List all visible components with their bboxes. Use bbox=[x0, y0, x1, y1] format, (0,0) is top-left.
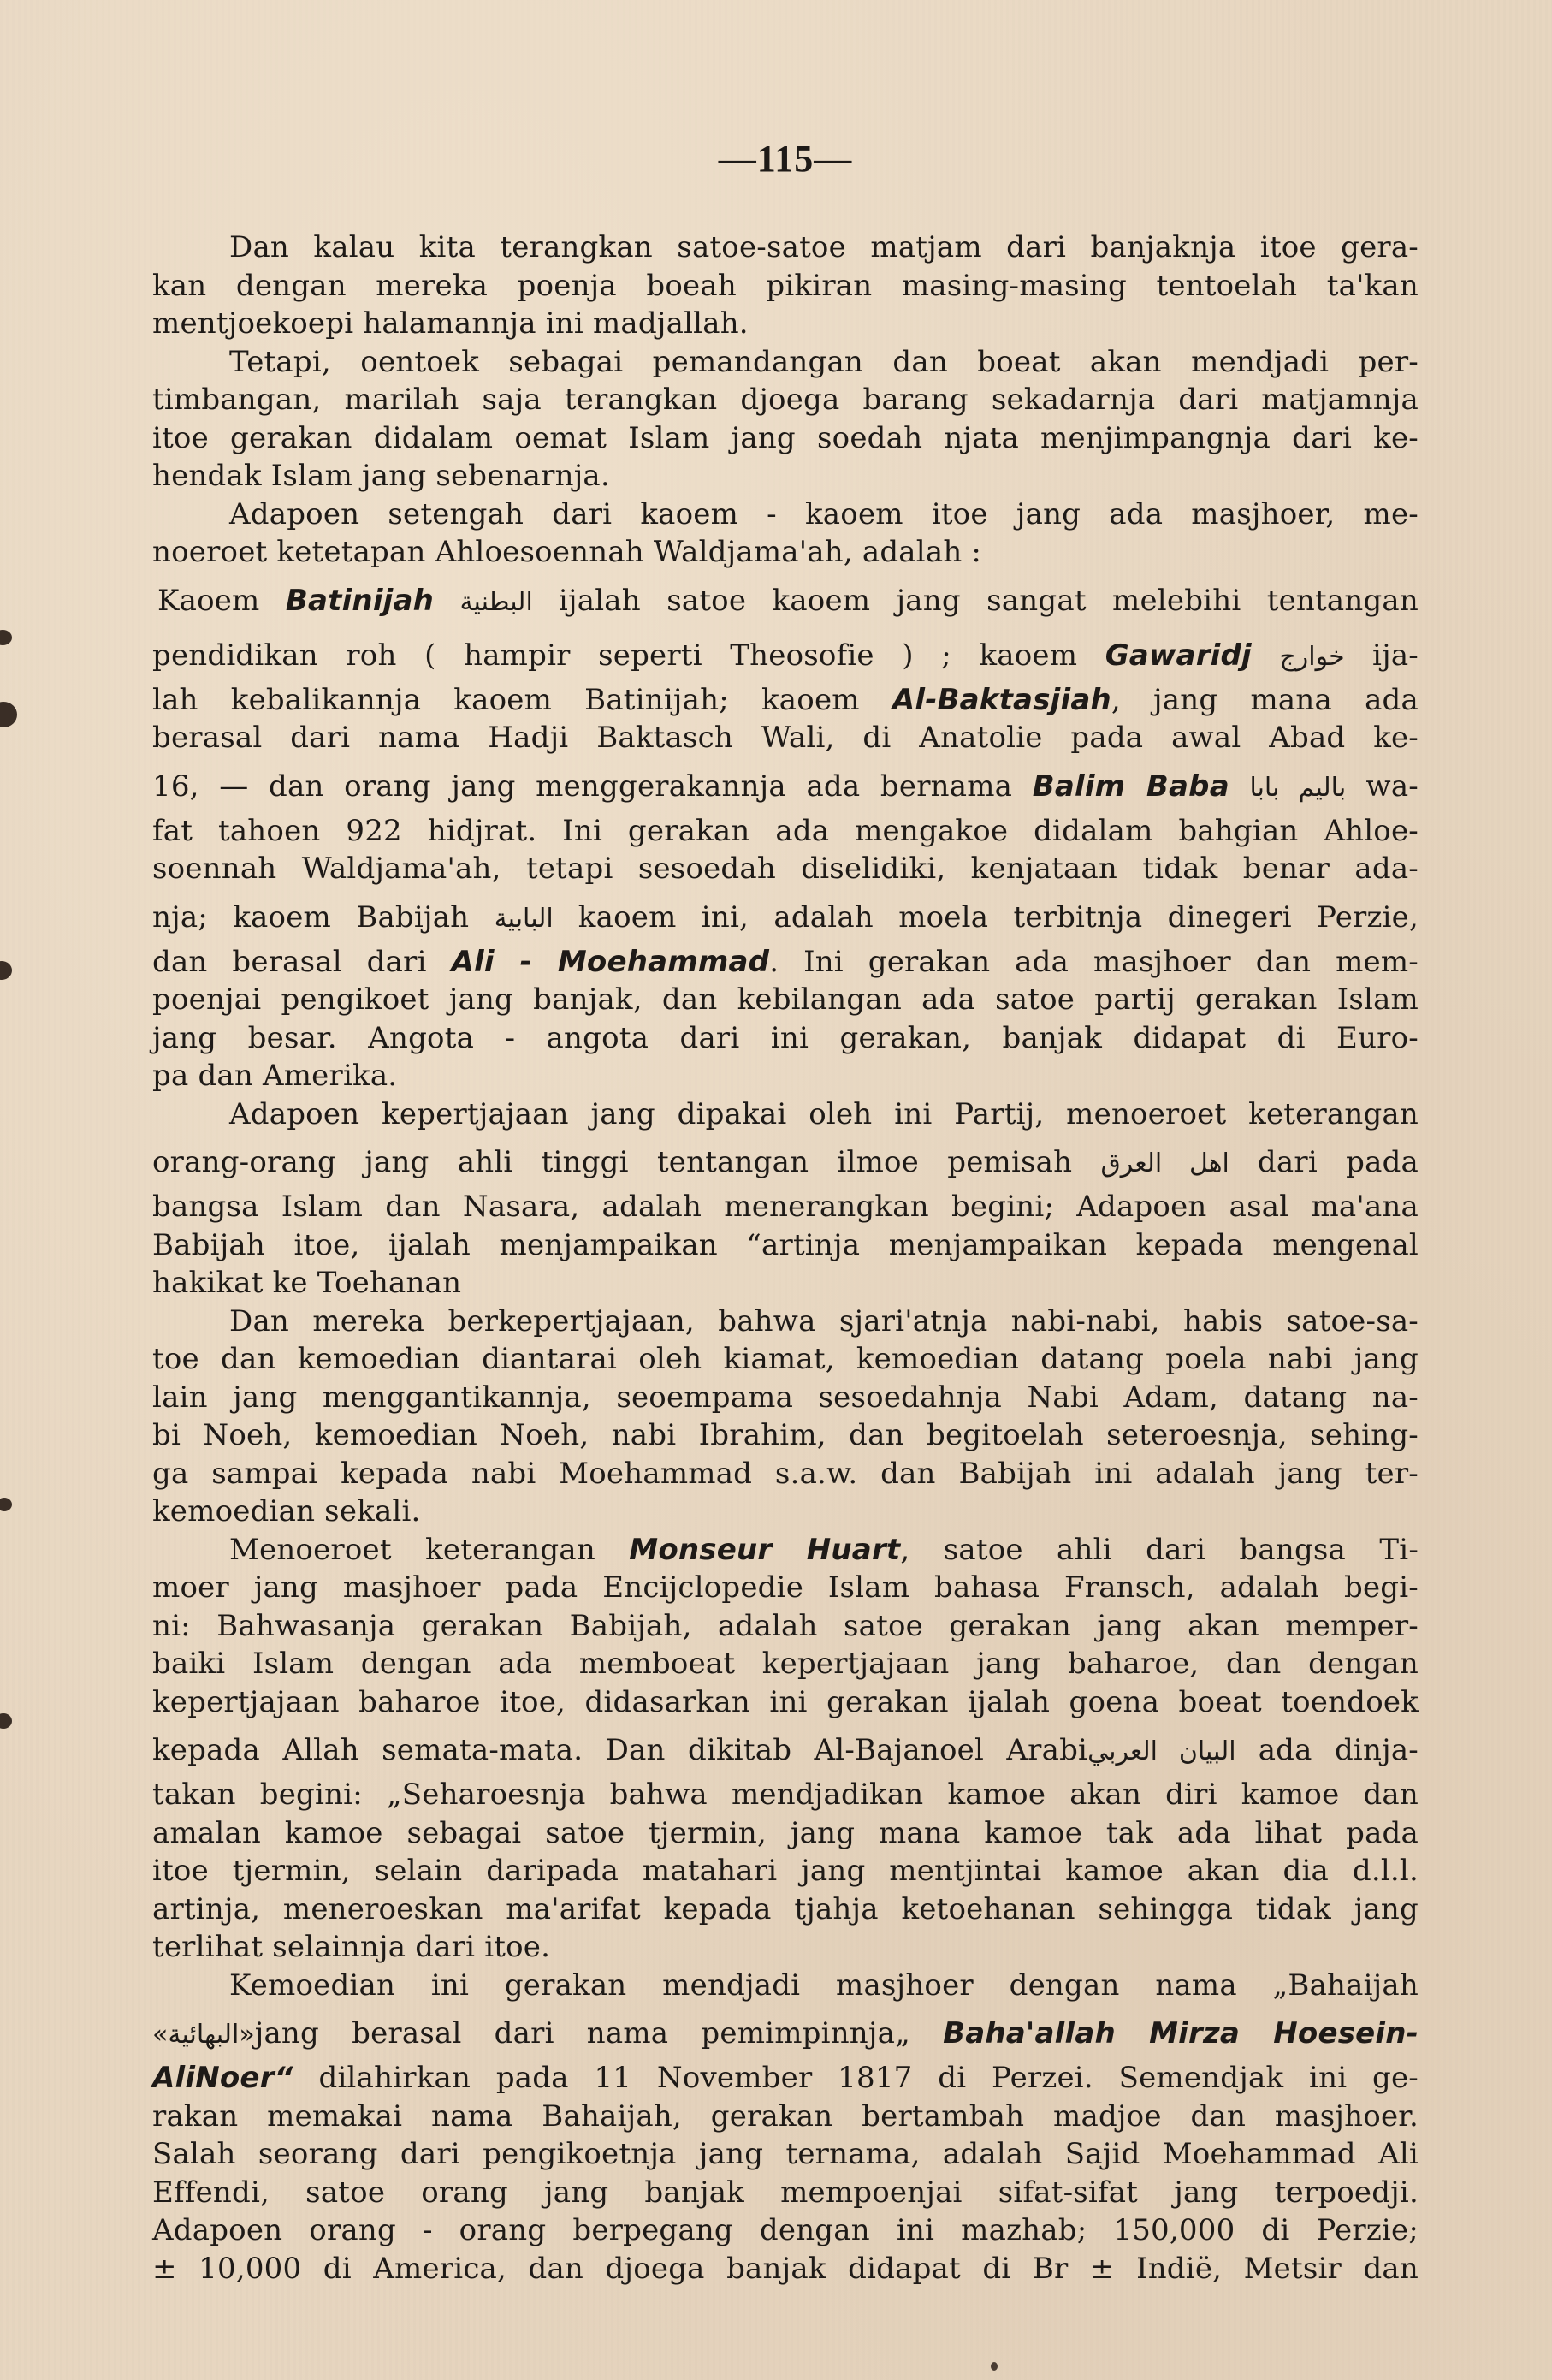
text-line: kepada Allah semata-mata. Dan dikitab Al… bbox=[152, 1721, 1419, 1776]
text-line: Adapoen setengah dari kaoem - kaoem itoe… bbox=[152, 496, 1419, 534]
paragraph-3: Adapoen setengah dari kaoem - kaoem itoe… bbox=[152, 496, 1419, 572]
text-line: lain jang menggantikannja, seoempama ses… bbox=[152, 1379, 1419, 1417]
arabic-term: اهل العرق bbox=[1100, 1148, 1229, 1178]
term-batinijah: Batinijah bbox=[286, 584, 434, 618]
text-line: takan begini: „Seharoesnja bahwa mendjad… bbox=[152, 1776, 1419, 1814]
text-line: Tetapi, oentoek sebagai pemandangan dan … bbox=[152, 343, 1419, 382]
text-line: baiki Islam dengan ada memboeat kepertja… bbox=[152, 1645, 1419, 1683]
text-line: bi Noeh, kemoedian Noeh, nabi Ibrahim, d… bbox=[152, 1416, 1419, 1455]
page-number: —115— bbox=[152, 137, 1419, 181]
text-line: lah kebalikannja kaoem Batinijah; kaoem … bbox=[152, 681, 1419, 720]
text-line: soennah Waldjama'ah, tetapi sesoedah dis… bbox=[152, 850, 1419, 888]
text-line: bangsa Islam dan Nasara, adalah menerang… bbox=[152, 1188, 1419, 1226]
paragraph-6: Dan mereka berkepertjajaan, bahwa sjari'… bbox=[152, 1303, 1419, 1531]
text-line: dan berasal dari Ali - Moehammad. Ini ge… bbox=[152, 943, 1419, 982]
arabic-term: البابية bbox=[495, 904, 554, 934]
binding-hole-mark bbox=[0, 702, 17, 727]
text-line: pendidikan roh ( hampir seperti Theosofi… bbox=[152, 626, 1419, 681]
text-line: artinja, meneroeskan ma'arifat kepada tj… bbox=[152, 1890, 1419, 1929]
text-line: amalan kamoe sebagai satoe tjermin, jang… bbox=[152, 1814, 1419, 1853]
text-line: toe dan kemoedian diantarai oleh kiamat,… bbox=[152, 1340, 1419, 1379]
paragraph-8: Kemoedian ini gerakan mendjadi masjhoer … bbox=[152, 1967, 1419, 2288]
text-line: ni: Bahwasanja gerakan Babijah, adalah s… bbox=[152, 1607, 1419, 1646]
text-line: 16, — dan orang jang menggerakannja ada … bbox=[152, 757, 1419, 812]
text-line: moer jang masjhoer pada Encijclopedie Is… bbox=[152, 1569, 1419, 1607]
arabic-term: البطنية bbox=[459, 587, 532, 617]
text-line: Effendi, satoe orang jang banjak mempoen… bbox=[152, 2174, 1419, 2212]
term-monseur-huart: Monseur Huart bbox=[629, 1533, 900, 1567]
text-line: fat tahoen 922 hidjrat. Ini gerakan ada … bbox=[152, 812, 1419, 851]
term-al-baktasjiah: Al-Baktasjiah bbox=[892, 683, 1111, 717]
document-page: —115— Dan kalau kita terangkan satoe-sat… bbox=[152, 128, 1419, 2288]
text-line: Babijah itoe, ijalah menjampaikan “artin… bbox=[152, 1226, 1419, 1265]
term-bahaallah: Baha'allah Mirza Hoesein- bbox=[943, 2016, 1419, 2051]
term-gawaridj: Gawaridj bbox=[1105, 638, 1252, 673]
paragraph-sects: Kaoem Batinijah البطنية ijalah satoe kao… bbox=[152, 572, 1419, 1095]
binding-hole-mark bbox=[0, 961, 12, 980]
text-line: ga sampai kepada nabi Moehammad s.a.w. d… bbox=[152, 1455, 1419, 1493]
text-line: rakan memakai nama Bahaijah, gerakan ber… bbox=[152, 2098, 1419, 2136]
text-line: «البهائية»jang berasal dari nama pemimpi… bbox=[152, 2004, 1419, 2059]
text-line: terlihat selainnja dari itoe. bbox=[152, 1928, 1419, 1967]
text-line: Menoeroet keterangan Monseur Huart, sato… bbox=[152, 1531, 1419, 1570]
text-line: kemoedian sekali. bbox=[152, 1493, 1419, 1531]
text-line: Salah seorang dari pengikoetnja jang ter… bbox=[152, 2135, 1419, 2174]
arabic-term: خوارج bbox=[1279, 642, 1344, 672]
text-line: Dan mereka berkepertjajaan, bahwa sjari'… bbox=[152, 1303, 1419, 1341]
term-alinoer: AliNoer“ bbox=[152, 2061, 293, 2095]
binding-hole-mark bbox=[0, 1498, 12, 1511]
term-ali-moehammad: Ali - Moehammad bbox=[452, 945, 770, 979]
term-balim-baba: Balim Baba bbox=[1033, 769, 1229, 804]
text-line: pa dan Amerika. bbox=[152, 1057, 1419, 1095]
text-line: AliNoer“ dilahirkan pada 11 November 181… bbox=[152, 2059, 1419, 2098]
text-line: berasal dari nama Hadji Baktasch Wali, d… bbox=[152, 719, 1419, 757]
binding-hole-mark bbox=[0, 630, 12, 645]
text-line: ± 10,000 di America, dan djoega banjak d… bbox=[152, 2250, 1419, 2288]
text-line: Dan kalau kita terangkan satoe-satoe mat… bbox=[152, 229, 1419, 267]
text-line: nja; kaoem Babijah البابية kaoem ini, ad… bbox=[152, 888, 1419, 943]
text-line: Kaoem Batinijah البطنية ijalah satoe kao… bbox=[152, 572, 1419, 626]
text-line: noeroet ketetapan Ahloesoennah Waldjama'… bbox=[152, 533, 1419, 572]
text-line: Adapoen orang - orang berpegang dengan i… bbox=[152, 2211, 1419, 2250]
text-line: Kemoedian ini gerakan mendjadi masjhoer … bbox=[152, 1967, 1419, 2005]
text-line: poenjai pengikoet jang banjak, dan kebil… bbox=[152, 981, 1419, 1019]
paragraph-2: Tetapi, oentoek sebagai pemandangan dan … bbox=[152, 343, 1419, 496]
paragraph-5: Adapoen kepertjajaan jang dipakai oleh i… bbox=[152, 1095, 1419, 1303]
text-line: kan dengan mereka poenja boeah pikiran m… bbox=[152, 267, 1419, 306]
ink-speck bbox=[991, 2362, 998, 2371]
text-line: mentjoekoepi halamannja ini madjallah. bbox=[152, 305, 1419, 343]
text-line: hakikat ke Toehanan bbox=[152, 1264, 1419, 1303]
text-line: orang-orang jang ahli tinggi tentangan i… bbox=[152, 1133, 1419, 1188]
paragraph-7: Menoeroet keterangan Monseur Huart, sato… bbox=[152, 1531, 1419, 1967]
text-line: kepertjajaan baharoe itoe, didasarkan in… bbox=[152, 1683, 1419, 1722]
arabic-term: باليم بابا bbox=[1249, 773, 1346, 803]
binding-hole-mark bbox=[0, 1713, 12, 1729]
paragraph-1: Dan kalau kita terangkan satoe-satoe mat… bbox=[152, 229, 1419, 343]
text-line: jang besar. Angota - angota dari ini ger… bbox=[152, 1019, 1419, 1058]
text-line: itoe gerakan didalam oemat Islam jang so… bbox=[152, 419, 1419, 458]
text-line: Adapoen kepertjajaan jang dipakai oleh i… bbox=[152, 1095, 1419, 1134]
text-line: timbangan, marilah saja terangkan djoega… bbox=[152, 381, 1419, 419]
text-line: hendak Islam jang sebenarnja. bbox=[152, 457, 1419, 496]
text-line: itoe tjermin, selain daripada matahari j… bbox=[152, 1852, 1419, 1890]
arabic-term: البيان العربي bbox=[1087, 1736, 1235, 1766]
arabic-term: «البهائية» bbox=[152, 2020, 255, 2050]
